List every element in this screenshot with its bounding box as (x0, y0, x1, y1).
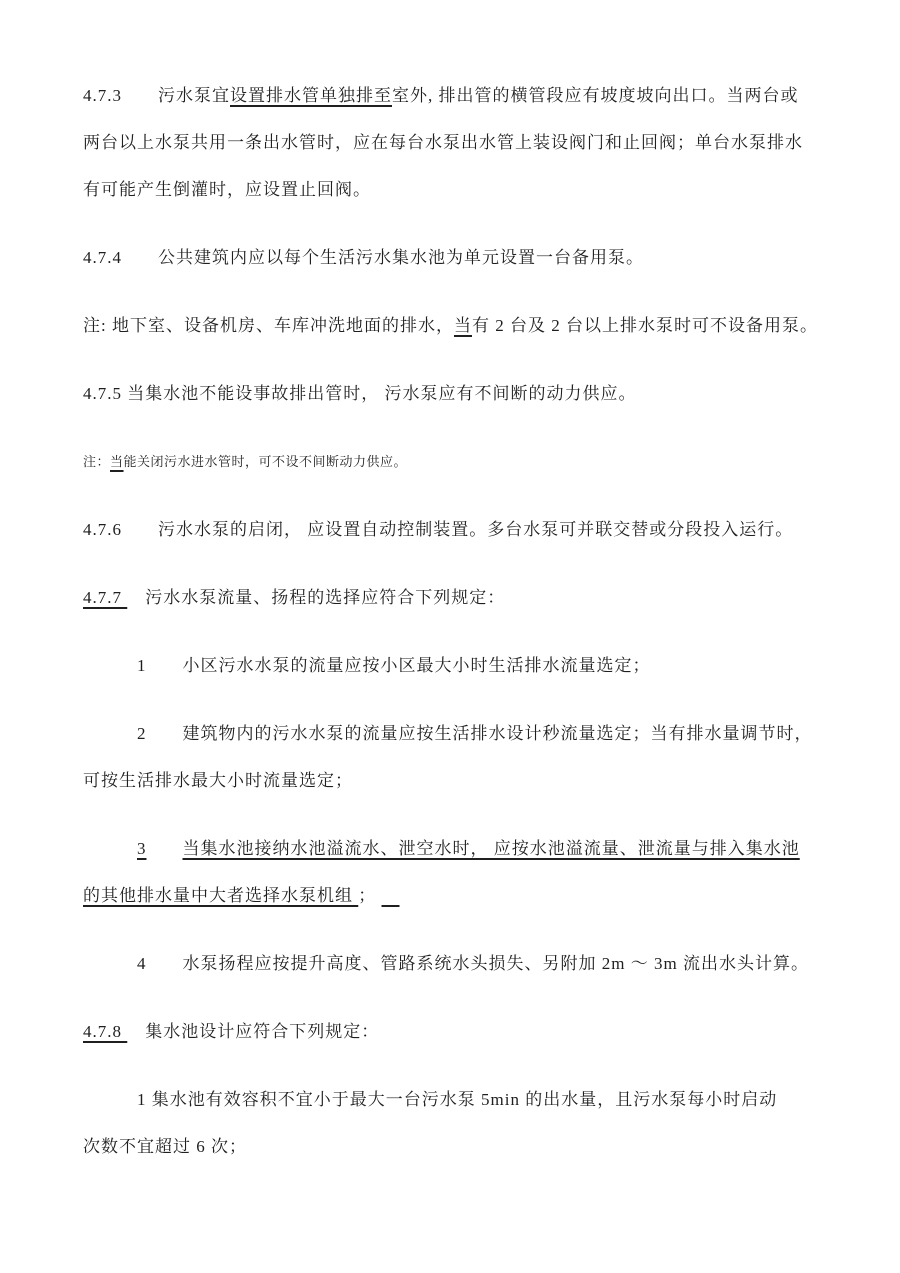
text-segment: 有可能产生倒灌时，应设置止回阀。 (83, 180, 371, 199)
underlined-text: 当 (110, 454, 124, 469)
item-4-7-7-4: 4 水泵扬程应按提升高度、管路系统水头损失、另附加 2m ～ 3m 流出水头计算… (83, 940, 822, 987)
clause-4-7-5: 4.7.5 当集水池不能设事故排出管时， 污水泵应有不间断的动力供应。 (83, 370, 822, 417)
note-4-7-5: 注：当能关闭污水进水管时，可不设不间断动力供应。 (83, 438, 822, 485)
text-segment: 注: 地下室、设备机房、车库冲洗地面的排水， (83, 316, 454, 335)
text-line: 4.7.7 污水水泵流量、扬程的选择应符合下列规定： (83, 574, 822, 621)
text-segment: 2 建筑物内的污水水泵的流量应按生活排水设计秒流量选定；当有排水量调节时， (83, 724, 813, 743)
text-line: 1 小区污水水泵的流量应按小区最大小时生活排水流量选定； (83, 642, 822, 689)
text-line: 4.7.5 当集水池不能设事故排出管时， 污水泵应有不间断的动力供应。 (83, 370, 822, 417)
underlined-text: 4.7.8 (83, 1022, 127, 1041)
item-4-7-8-1: 1 集水池有效容积不宜小于最大一台污水泵 5min 的出水量，且污水泵每小时启动… (83, 1076, 822, 1170)
underlined-text (382, 886, 400, 905)
text-line: 可按生活排水最大小时流量选定； (83, 757, 822, 804)
underlined-text: 的其他排水量中大者选择水泵机组 (83, 886, 358, 905)
document-page: 4.7.3 污水泵宜设置排水管单独排至室外, 排出管的横管段应有坡度坡向出口。当… (0, 0, 900, 1273)
text-line: 1 集水池有效容积不宜小于最大一台污水泵 5min 的出水量，且污水泵每小时启动 (83, 1076, 822, 1123)
underlined-text: 3 (137, 839, 147, 858)
text-segment: 1 集水池有效容积不宜小于最大一台污水泵 5min 的出水量，且污水泵每小时启动 (83, 1090, 777, 1109)
text-segment: ； (358, 886, 376, 905)
text-segment: 室外, 排出管的横管段应有坡度坡向出口。当两台或 (392, 86, 799, 105)
text-segment: 4.7.6 污水水泵的启闭， 应设置自动控制装置。多台水泵可并联交替或分段投入运… (83, 520, 793, 539)
item-4-7-7-2: 2 建筑物内的污水水泵的流量应按生活排水设计秒流量选定；当有排水量调节时，可按生… (83, 710, 822, 804)
text-line: 4.7.3 污水泵宜设置排水管单独排至室外, 排出管的横管段应有坡度坡向出口。当… (83, 72, 822, 119)
text-segment (83, 839, 137, 858)
item-4-7-7-1: 1 小区污水水泵的流量应按小区最大小时生活排水流量选定； (83, 642, 822, 689)
text-segment: 次数不宜超过 6 次； (83, 1137, 247, 1156)
underlined-text: 当 (454, 316, 472, 335)
text-segment (147, 839, 183, 858)
note-4-7-4: 注: 地下室、设备机房、车库冲洗地面的排水，当有 2 台及 2 台以上排水泵时可… (83, 302, 822, 349)
text-line: 注: 地下室、设备机房、车库冲洗地面的排水，当有 2 台及 2 台以上排水泵时可… (83, 302, 822, 349)
text-line: 4 水泵扬程应按提升高度、管路系统水头损失、另附加 2m ～ 3m 流出水头计算… (83, 940, 822, 987)
underlined-text: 当集水池接纳水池溢流水、泄空水时， 应按水池溢流量、泄流量与排入集水池 (183, 839, 800, 858)
text-line: 4.7.4 公共建筑内应以每个生活污水集水池为单元设置一台备用泵。 (83, 234, 822, 281)
text-segment: 4 水泵扬程应按提升高度、管路系统水头损失、另附加 2m ～ 3m 流出水头计算… (83, 954, 809, 973)
item-4-7-7-3: 3 当集水池接纳水池溢流水、泄空水时， 应按水池溢流量、泄流量与排入集水池的其他… (83, 825, 822, 919)
text-line: 两台以上水泵共用一条出水管时，应在每台水泵出水管上装设阀门和止回阀；单台水泵排水 (83, 119, 822, 166)
text-line: 次数不宜超过 6 次； (83, 1123, 822, 1170)
text-segment: 注： (83, 454, 110, 469)
text-line: 4.7.8 集水池设计应符合下列规定： (83, 1008, 822, 1055)
text-line: 2 建筑物内的污水水泵的流量应按生活排水设计秒流量选定；当有排水量调节时， (83, 710, 822, 757)
clause-4-7-4: 4.7.4 公共建筑内应以每个生活污水集水池为单元设置一台备用泵。 (83, 234, 822, 281)
text-line: 3 当集水池接纳水池溢流水、泄空水时， 应按水池溢流量、泄流量与排入集水池 (83, 825, 822, 872)
text-line: 注：当能关闭污水进水管时，可不设不间断动力供应。 (83, 438, 822, 485)
text-line: 的其他排水量中大者选择水泵机组 ； (83, 872, 822, 919)
text-segment: 1 小区污水水泵的流量应按小区最大小时生活排水流量选定； (83, 656, 651, 675)
text-segment: 有 2 台及 2 台以上排水泵时可不设备用泵。 (472, 316, 818, 335)
text-line: 有可能产生倒灌时，应设置止回阀。 (83, 166, 822, 213)
text-segment: 可按生活排水最大小时流量选定； (83, 771, 353, 790)
clause-4-7-8: 4.7.8 集水池设计应符合下列规定： (83, 1008, 822, 1055)
clause-4-7-7: 4.7.7 污水水泵流量、扬程的选择应符合下列规定： (83, 574, 822, 621)
text-segment: 污水水泵流量、扬程的选择应符合下列规定： (127, 588, 505, 607)
clause-4-7-6: 4.7.6 污水水泵的启闭， 应设置自动控制装置。多台水泵可并联交替或分段投入运… (83, 506, 822, 553)
underlined-text: 4.7.7 (83, 588, 127, 607)
text-segment: 4.7.4 公共建筑内应以每个生活污水集水池为单元设置一台备用泵。 (83, 248, 644, 267)
text-line: 4.7.6 污水水泵的启闭， 应设置自动控制装置。多台水泵可并联交替或分段投入运… (83, 506, 822, 553)
text-segment: 能关闭污水进水管时，可不设不间断动力供应。 (124, 454, 408, 469)
underlined-text: 设置排水管单独排至 (230, 86, 392, 105)
text-segment: 4.7.5 当集水池不能设事故排出管时， 污水泵应有不间断的动力供应。 (83, 384, 637, 403)
text-segment: 集水池设计应符合下列规定： (127, 1022, 379, 1041)
text-segment: 4.7.3 污水泵宜 (83, 86, 230, 105)
clause-4-7-3: 4.7.3 污水泵宜设置排水管单独排至室外, 排出管的横管段应有坡度坡向出口。当… (83, 72, 822, 213)
text-segment: 两台以上水泵共用一条出水管时，应在每台水泵出水管上装设阀门和止回阀；单台水泵排水 (83, 133, 803, 152)
